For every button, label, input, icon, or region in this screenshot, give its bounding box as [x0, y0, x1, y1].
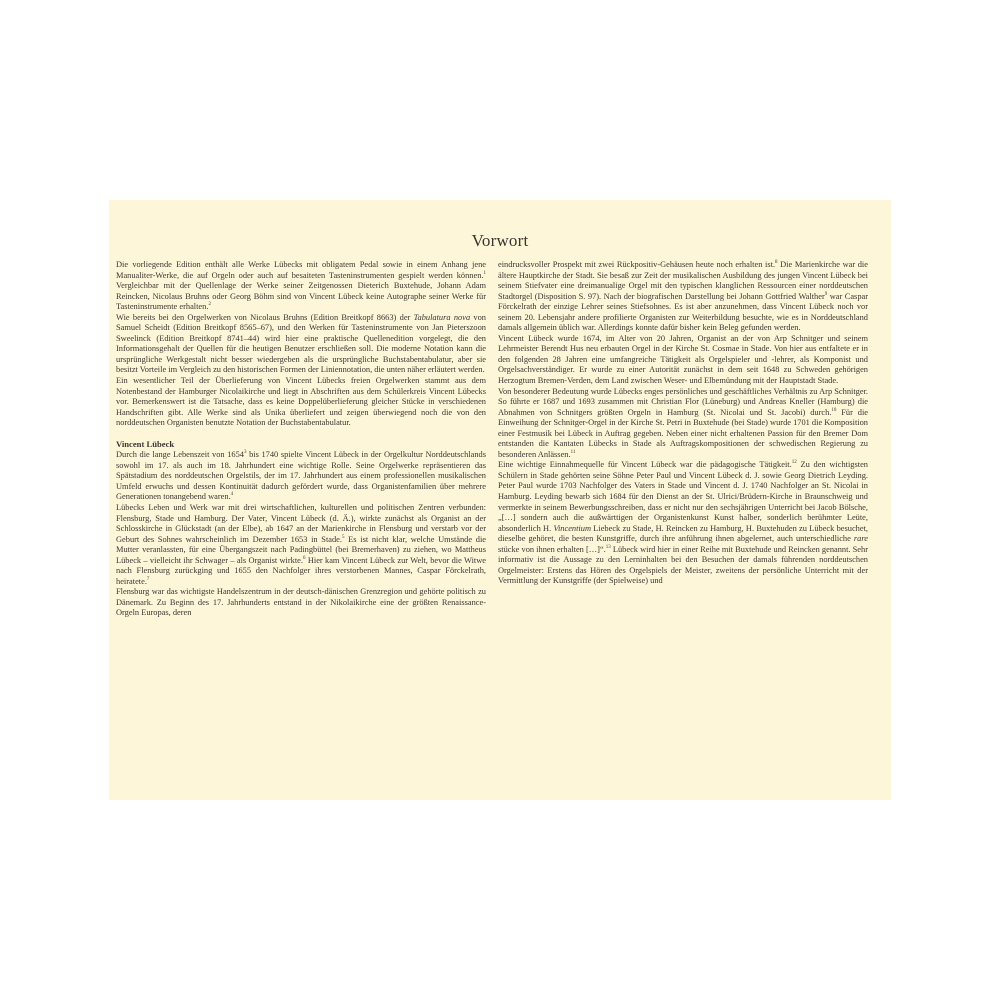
paragraph: Ein wesentlicher Teil der Überlieferung … — [116, 376, 486, 429]
footnote-marker: 4 — [231, 493, 234, 498]
italic-term: rare — [854, 534, 868, 543]
footnote-marker: 3 — [244, 450, 247, 455]
right-column: eindrucksvoller Prospekt mit zwei Rückpo… — [498, 260, 868, 587]
footnote-marker: 1 — [484, 271, 487, 276]
section-gap — [116, 429, 486, 440]
paragraph: Eine wichtige Einnahmequelle für Vincent… — [498, 460, 868, 587]
italic-term: Vincentium — [553, 524, 591, 533]
paragraph: Vincent Lübeck wurde 1674, im Alter von … — [498, 334, 868, 387]
page-title: Vorwort — [109, 231, 891, 251]
footnote-marker: 12 — [792, 461, 797, 466]
paragraph: Durch die lange Lebenszeit von 16543 bis… — [116, 450, 486, 503]
footnote-marker: 9 — [825, 292, 828, 297]
italic-term: Tabulatura nova — [414, 313, 471, 322]
paragraph: Wie bereits bei den Orgelwerken von Nico… — [116, 313, 486, 376]
paragraph: eindrucksvoller Prospekt mit zwei Rückpo… — [498, 260, 868, 334]
right-paragraphs: eindrucksvoller Prospekt mit zwei Rückpo… — [498, 260, 868, 587]
footnote-marker: 13 — [606, 545, 611, 550]
footnote-marker: 2 — [208, 302, 211, 307]
footnote-marker: 6 — [303, 556, 306, 561]
paragraph: Lübecks Leben und Werk war mit drei wirt… — [116, 503, 486, 587]
section-heading: Vincent Lübeck — [116, 439, 486, 450]
intro-paragraphs: Die vorliegende Edition enthält alle Wer… — [116, 260, 486, 429]
paragraph: Flensburg war das wichtigste Handelszent… — [116, 587, 486, 619]
footnote-marker: 8 — [775, 260, 778, 265]
section-paragraphs: Durch die lange Lebenszeit von 16543 bis… — [116, 450, 486, 619]
paragraph: Von besonderer Bedeutung wurde Lübecks e… — [498, 387, 868, 461]
left-column: Die vorliegende Edition enthält alle Wer… — [116, 260, 486, 619]
document-page: Vorwort Die vorliegende Edition enthält … — [109, 200, 891, 800]
footnote-marker: 5 — [342, 535, 345, 540]
footnote-marker: 11 — [571, 450, 576, 455]
footnote-marker: 7 — [147, 577, 150, 582]
paragraph: Die vorliegende Edition enthält alle Wer… — [116, 260, 486, 313]
footnote-marker: 10 — [831, 408, 836, 413]
